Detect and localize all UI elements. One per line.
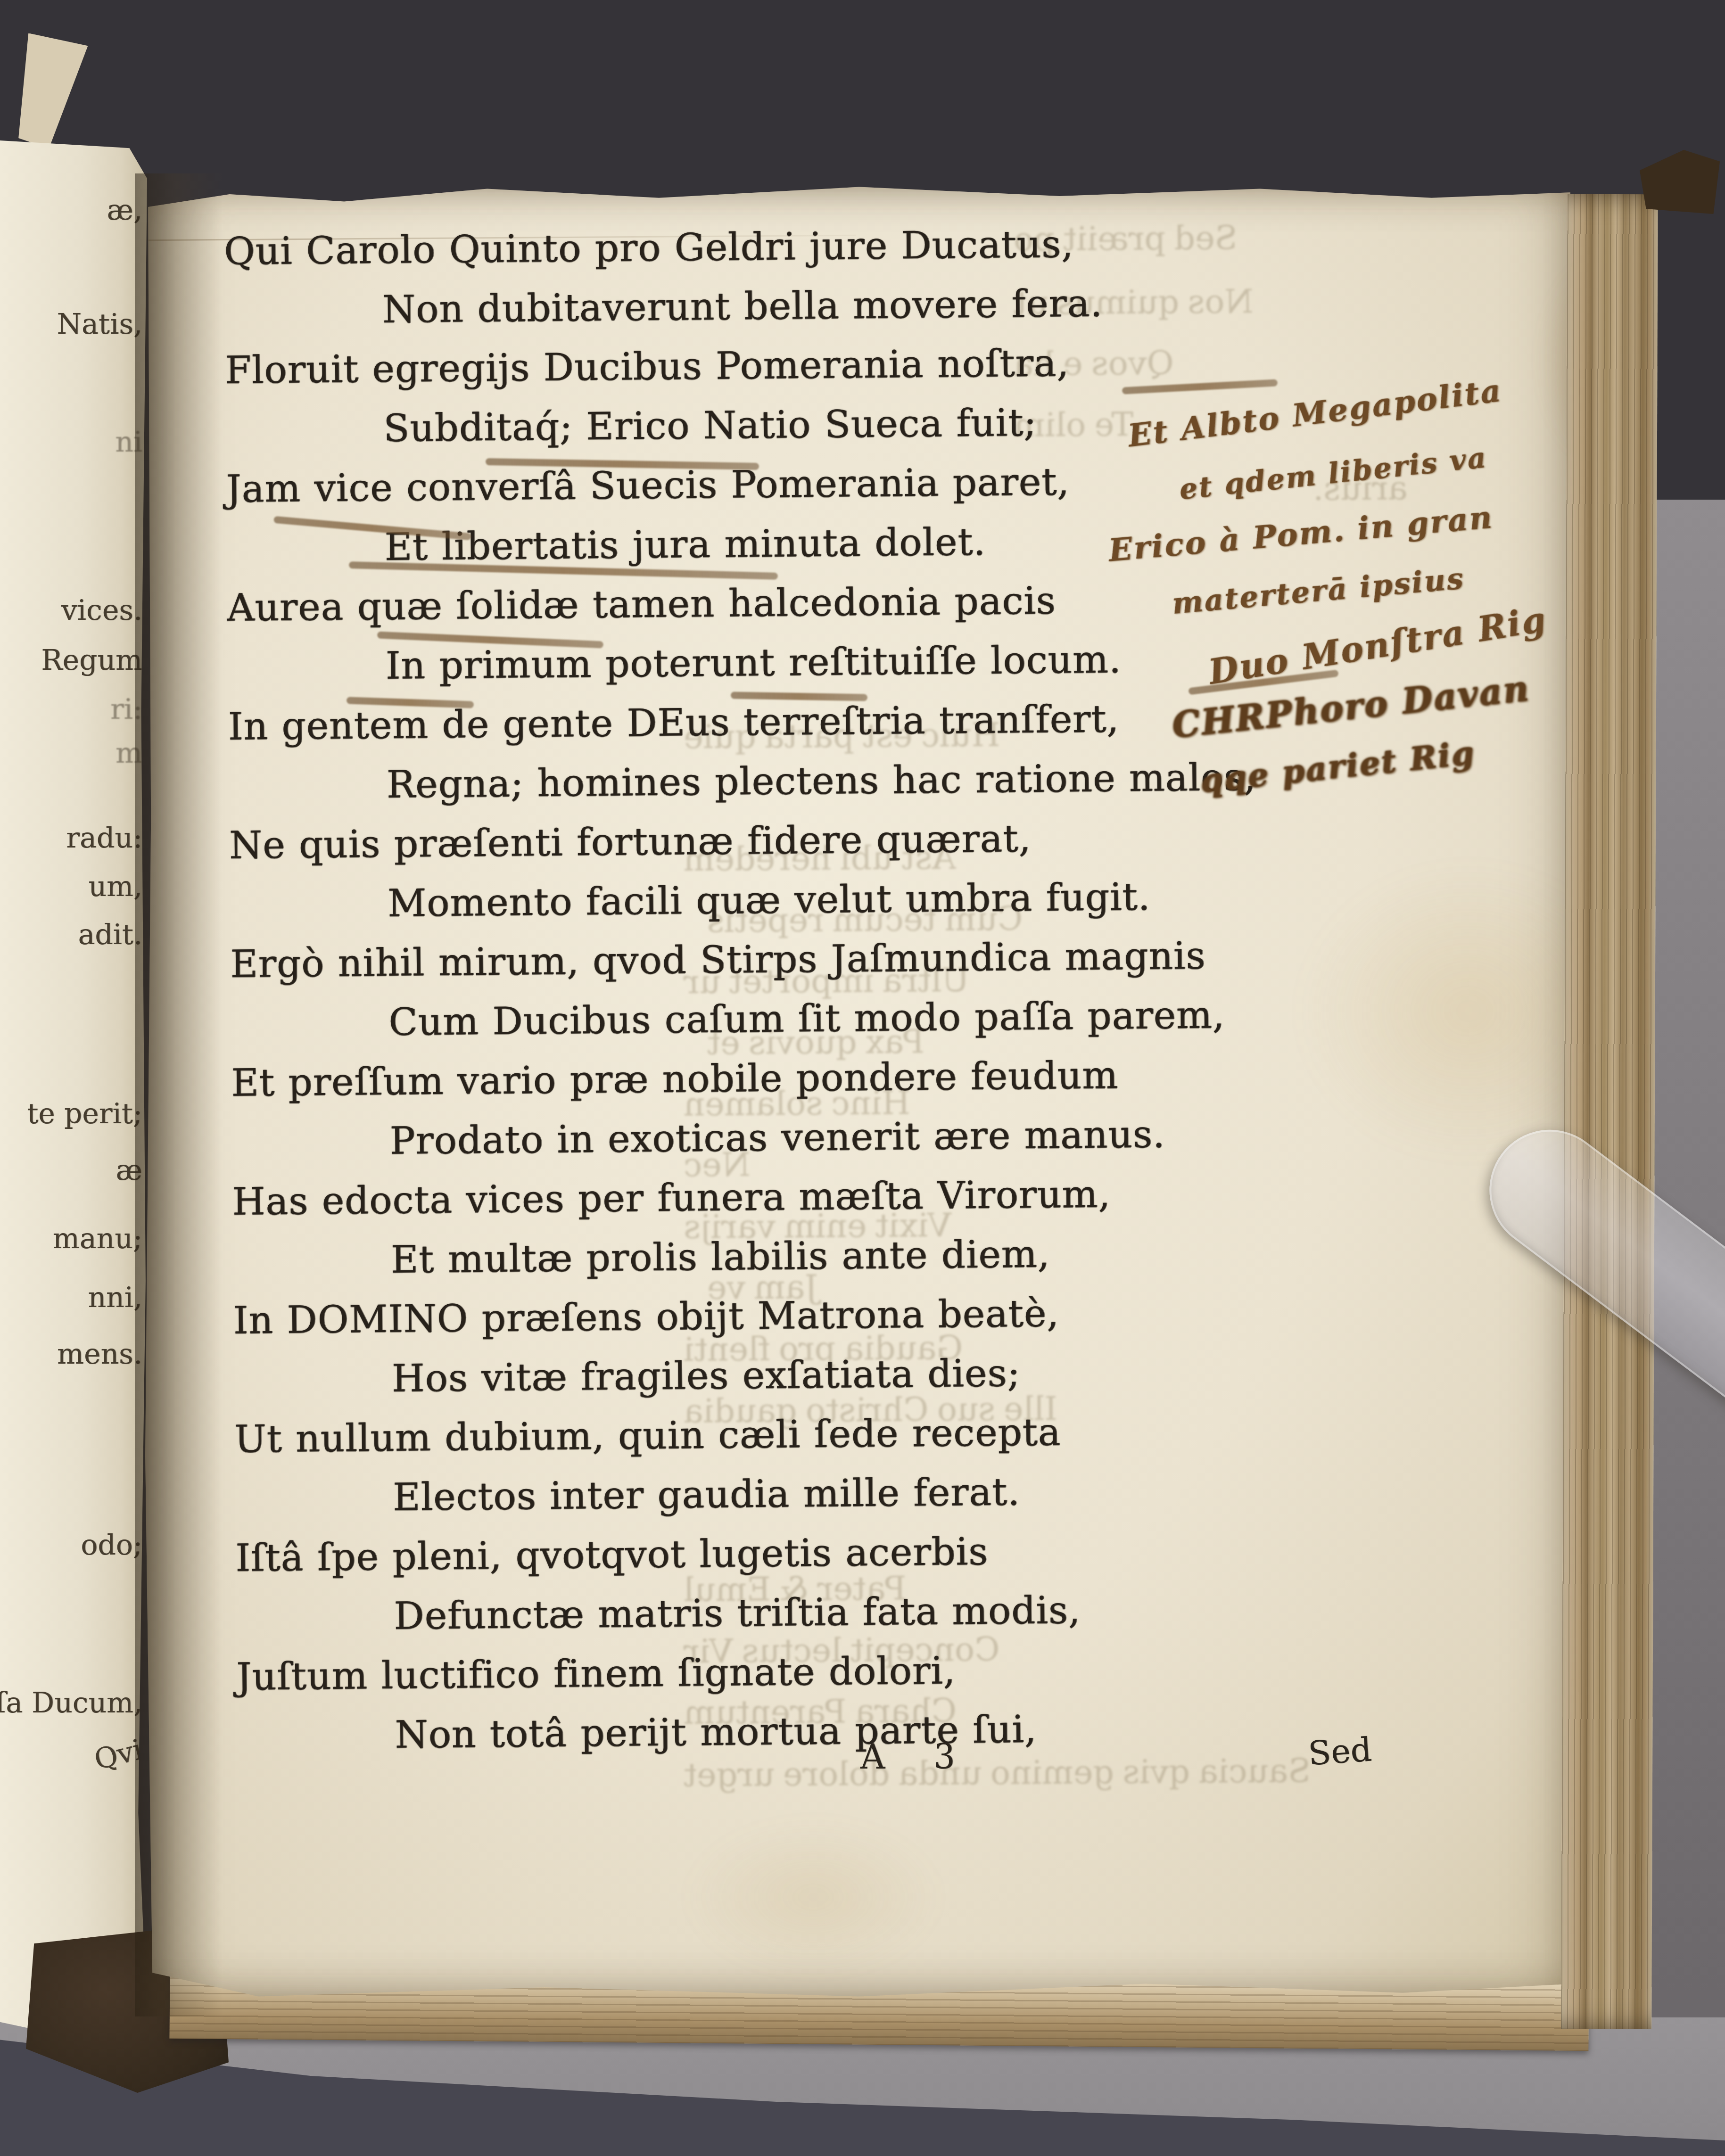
- facing-page-text-fragment: odo;: [81, 1529, 142, 1562]
- poem-line: Floruit egregijs Ducibus Pomerania noſtr…: [225, 341, 1069, 392]
- poem-line: Regna; homines plectens hac ratione malo…: [386, 755, 1256, 806]
- facing-page-text-fragment: mens.: [57, 1338, 142, 1371]
- book-photograph: æ,Natis,nivices.Regumri:mradu:um,adit.te…: [0, 0, 1725, 2156]
- bookmark-tab: [6, 32, 88, 152]
- facing-page-text-fragment: um,: [88, 870, 142, 903]
- facing-page-text-fragment: vices.: [61, 594, 142, 627]
- facing-page-text-fragment: te perit;: [27, 1097, 142, 1130]
- printed-signature: A 3: [860, 1737, 974, 1777]
- poem-line: Prodato in exoticas venerit ære manus.: [389, 1112, 1165, 1162]
- poem-line: In DOMINO præſens obijt Matrona beatè,: [233, 1291, 1059, 1342]
- poem-line: Ne quis præſenti fortunæ fidere quærat,: [229, 816, 1032, 867]
- poem-line: In gentem de gente DEus terreſtria tranſ…: [228, 697, 1119, 748]
- book-page: Sed præiit poNos quimus utQvos e haTe ol…: [144, 181, 1575, 2002]
- facing-page-text-fragment: m: [116, 737, 142, 770]
- poem-line: Cum Ducibus caſum ſit modo paſſa parem,: [388, 993, 1225, 1044]
- facing-page-text-fragment: radu:: [66, 822, 142, 855]
- poem-line: Defunctæ matris triſtia fata modis,: [394, 1588, 1081, 1638]
- facing-page-text-fragment: Regum: [41, 644, 142, 677]
- facing-page-text-fragment: æ,: [107, 194, 142, 227]
- poem-line: Ut nullum dubium, quin cæli ſede recepta: [234, 1410, 1061, 1461]
- poem-line: Juſtum luctifico finem ſignate dolori,: [236, 1648, 956, 1698]
- poem-line: Et preſſum vario præ nobile pondere feud…: [231, 1053, 1118, 1104]
- poem-line: Momento facili quæ velut umbra fugit.: [388, 875, 1151, 925]
- facing-page-text-fragment: Natis,: [57, 308, 142, 341]
- poem-line: Iſtâ ſpe pleni, qvotqvot lugetis acerbis: [235, 1530, 989, 1580]
- poem-line: Aurea quæ ſolidæ tamen halcedonia pacis: [227, 578, 1056, 629]
- facing-page-text-fragment: nni,: [88, 1281, 142, 1314]
- facing-page-edge: æ,Natis,nivices.Regumri:mradu:um,adit.te…: [0, 140, 147, 2041]
- facing-page-text-fragment: adit.: [78, 918, 142, 951]
- poem-line: Qui Carolo Quinto pro Geldri jure Ducatu…: [224, 222, 1074, 273]
- leather-spine-tip: [1640, 150, 1720, 214]
- fore-edge-pages: [1561, 194, 1658, 2029]
- catchword: Sed: [1307, 1730, 1373, 1773]
- poem-line: Hos vitæ fragiles exſatiata dies;: [391, 1351, 1020, 1400]
- poem-line: In primum poterunt reſtituiſſe locum.: [385, 637, 1121, 688]
- poem-line: Et multæ prolis labilis ante diem,: [390, 1232, 1050, 1282]
- facing-page-text-fragment: æ: [116, 1154, 142, 1187]
- poem-line: Subditaq́; Erico Natio Sueca fuit;: [383, 401, 1037, 450]
- poem-line: Electos inter gaudia mille ferat.: [393, 1470, 1020, 1519]
- facing-page-text-fragment: Qvi: [91, 1733, 146, 1777]
- facing-page-text-fragment: ſa Ducum,: [0, 1687, 142, 1720]
- facing-page-text-fragment: ni: [115, 426, 142, 459]
- poem-line: Et libertatis jura minuta dolet.: [384, 520, 986, 569]
- poem-line: Ergò nihil mirum, qvod Stirps Jaſmundica…: [230, 934, 1206, 986]
- facing-page-text-fragment: ri:: [110, 693, 142, 726]
- poem-line: Has edocta vices per funera mæſta Viroru…: [232, 1172, 1111, 1223]
- poem-line: Non dubitaverunt bella movere fera.: [382, 281, 1103, 331]
- facing-page-text-fragment: manu;: [53, 1222, 142, 1255]
